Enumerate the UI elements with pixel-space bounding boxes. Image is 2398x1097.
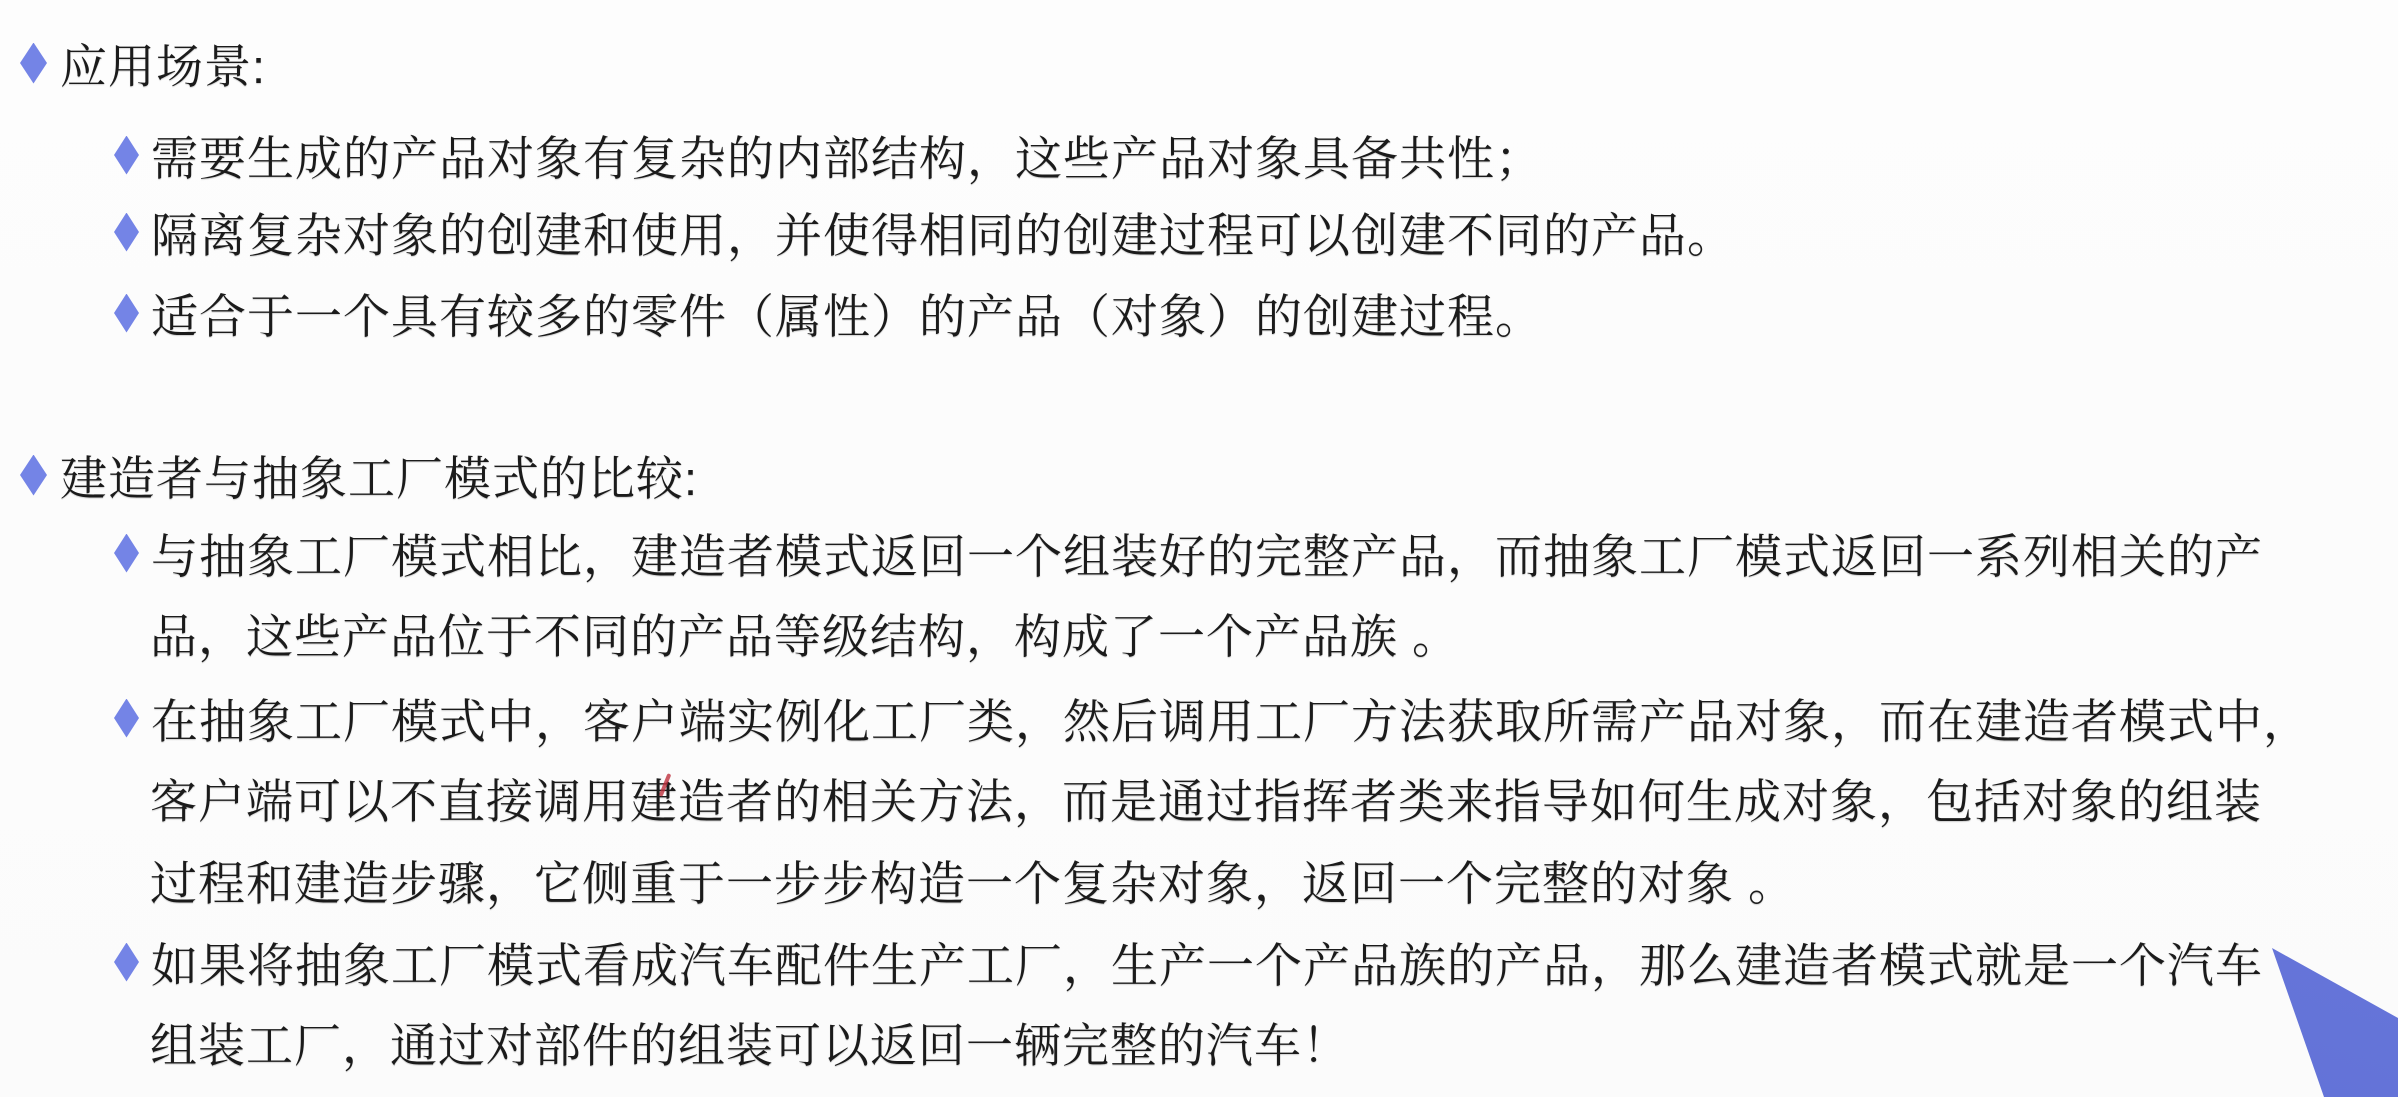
diamond-bullet-icon	[20, 43, 47, 84]
bullet-text: 过程和建造步骤，它侧重于一步步构造一个复杂对象，返回一个完整的对象 。	[150, 847, 1796, 914]
bullet-item: 需要生成的产品对象有复杂的内部结构，这些产品对象具备共性；	[0, 114, 1543, 196]
diamond-bullet-icon	[114, 213, 139, 252]
bullet-text: 组装工厂，通过对部件的组装可以返回一辆完整的汽车！	[150, 1009, 1350, 1076]
bullet-text-continuation: 过程和建造步骤，它侧重于一步步构造一个复杂对象，返回一个完整的对象 。	[0, 839, 1796, 921]
bullet-text: 如果将抽象工厂模式看成汽车配件生产工厂，生产一个产品族的产品，那么建造者模式就是…	[151, 929, 2263, 996]
diamond-bullet-icon	[114, 943, 139, 982]
diamond-bullet-icon	[114, 294, 139, 333]
diamond-bullet-icon	[114, 699, 139, 738]
bullet-item: 与抽象工厂模式相比，建造者模式返回一个组装好的完整产品，而抽象工厂模式返回一系列…	[0, 512, 2263, 594]
bullet-text: 与抽象工厂模式相比，建造者模式返回一个组装好的完整产品，而抽象工厂模式返回一系列…	[151, 520, 2263, 587]
slide-background: 应用场景: 需要生成的产品对象有复杂的内部结构，这些产品对象具备共性； 隔离复杂…	[0, 0, 2398, 1097]
bullet-text-continuation: 客户端可以不直接调用建造者的相关方法，而是通过指挥者类来指导如何生成对象，包括对…	[0, 757, 2262, 839]
diamond-bullet-icon	[114, 534, 139, 573]
bullet-item: 隔离复杂对象的创建和使用，并使得相同的创建过程可以创建不同的产品。	[0, 191, 1735, 273]
bullet-text: 需要生成的产品对象有复杂的内部结构，这些产品对象具备共性；	[151, 122, 1543, 189]
bullet-text: 隔离复杂对象的创建和使用，并使得相同的创建过程可以创建不同的产品。	[151, 199, 1735, 266]
bullet-text: 品，这些产品位于不同的产品等级结构，构成了一个产品族 。	[150, 600, 1460, 667]
diamond-bullet-icon	[114, 136, 139, 175]
section-header: 建造者与抽象工厂模式的比较:	[0, 434, 698, 516]
bullet-item: 如果将抽象工厂模式看成汽车配件生产工厂，生产一个产品族的产品，那么建造者模式就是…	[0, 921, 2263, 1003]
bullet-item: 在抽象工厂模式中，客户端实例化工厂类，然后调用工厂方法获取所需产品对象，而在建造…	[0, 677, 2311, 759]
bullet-item: 适合于一个具有较多的零件（属性）的产品（对象）的创建过程。	[0, 272, 1543, 354]
diamond-bullet-icon	[20, 455, 47, 496]
bullet-text: 在抽象工厂模式中，客户端实例化工厂类，然后调用工厂方法获取所需产品对象，而在建造…	[151, 685, 2311, 752]
bullet-text: 客户端可以不直接调用建造者的相关方法，而是通过指挥者类来指导如何生成对象，包括对…	[150, 765, 2262, 832]
bullet-text-continuation: 品，这些产品位于不同的产品等级结构，构成了一个产品族 。	[0, 592, 1460, 674]
section-header-text: 应用场景:	[60, 30, 266, 97]
bullet-text: 适合于一个具有较多的零件（属性）的产品（对象）的创建过程。	[151, 280, 1543, 347]
section-header-text: 建造者与抽象工厂模式的比较:	[60, 442, 698, 509]
bullet-text-continuation: 组装工厂，通过对部件的组装可以返回一辆完整的汽车！	[0, 1001, 1350, 1083]
section-header: 应用场景:	[0, 22, 266, 104]
